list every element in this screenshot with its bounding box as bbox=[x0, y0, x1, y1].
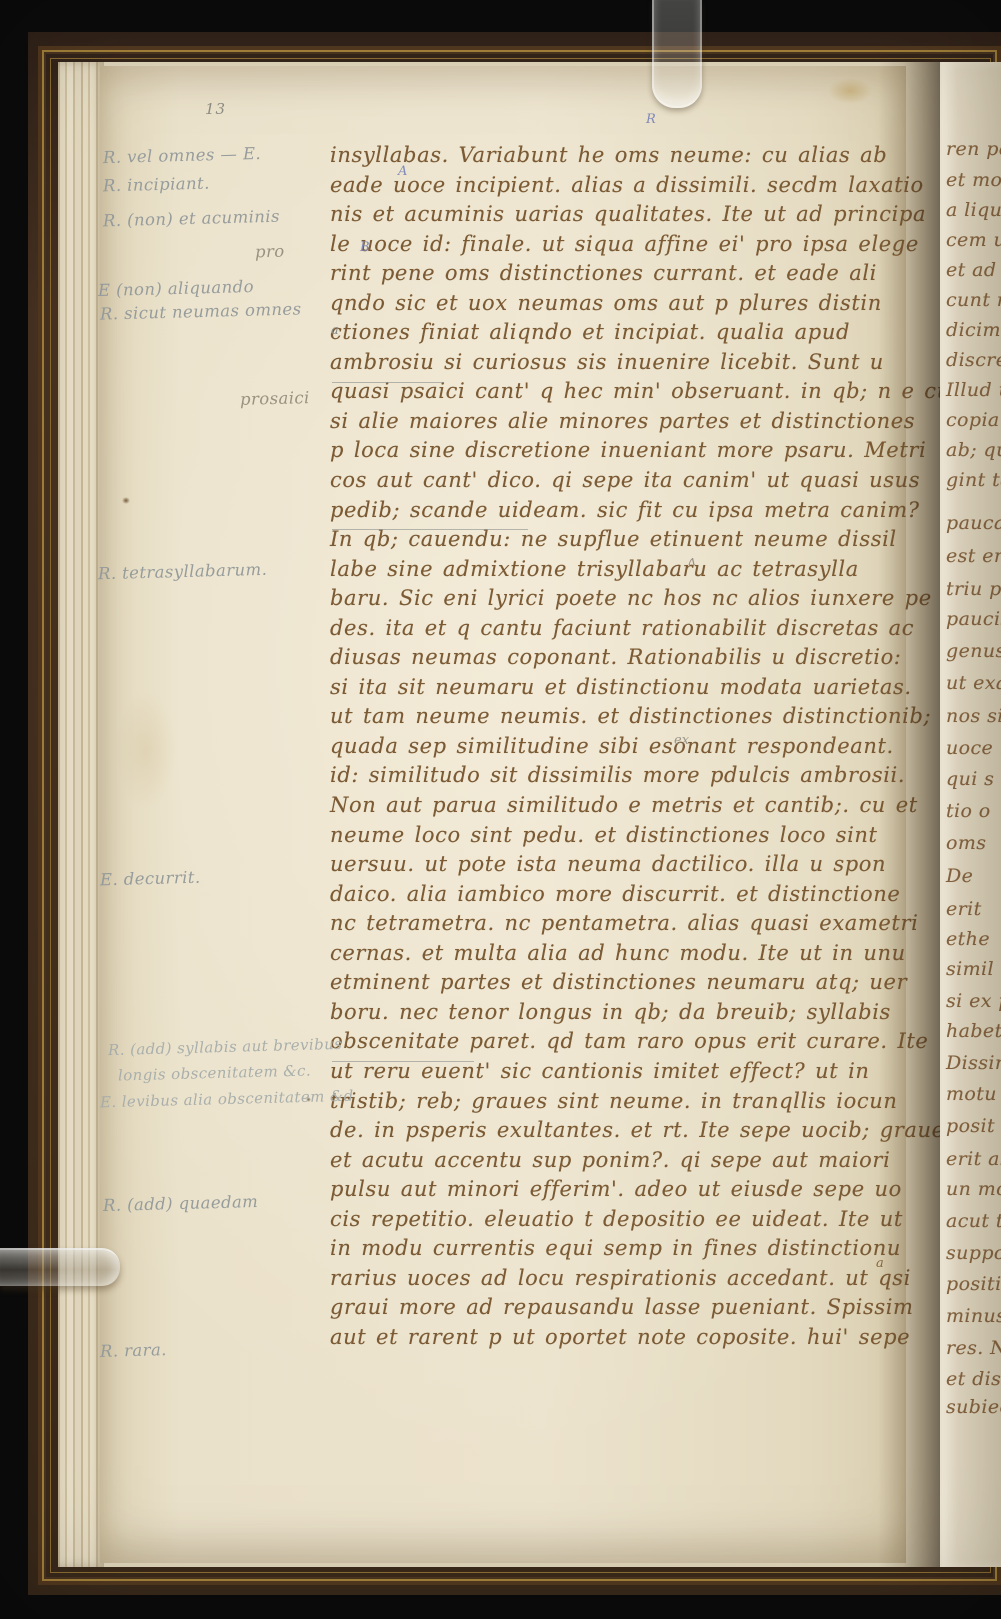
text-line: diusas neumas coponant. Rationabilis u d… bbox=[330, 643, 896, 673]
facing-text-fragment: discretio bbox=[946, 349, 1001, 371]
facing-text-fragment: subiecti bbox=[946, 1396, 1001, 1418]
text-line: si alie maiores alie minores partes et d… bbox=[330, 407, 896, 437]
text-line: qndo sic et uox neumas oms aut p plures … bbox=[330, 289, 896, 319]
facing-text-fragment: erit bbox=[946, 898, 982, 920]
facing-text-fragment: a liqui bbox=[946, 199, 1001, 221]
facing-text-fragment: Illud u n bbox=[946, 379, 1001, 401]
text-line: p loca sine discretione inueniant more p… bbox=[330, 436, 896, 466]
facing-text-fragment: minus. a bbox=[946, 1305, 1001, 1327]
facing-text-fragment: simil bbox=[946, 958, 994, 980]
facing-text-fragment: habet bbox=[946, 1020, 1001, 1042]
interlinear-mark: ʌ bbox=[688, 554, 695, 569]
facing-text-fragment: De bbox=[946, 865, 973, 887]
facing-text-fragment: uoce r bbox=[946, 737, 1001, 759]
facing-text-fragment: triu plu bbox=[946, 578, 1001, 600]
text-line: graui more ad repausandu lasse pueniant.… bbox=[330, 1293, 896, 1323]
text-line: aut et rarent p ut oportet note coposite… bbox=[330, 1323, 896, 1353]
interlinear-mark: A bbox=[398, 164, 407, 179]
facing-text-fragment: supposit bbox=[946, 1242, 1001, 1264]
facing-text-fragment: si ex p bbox=[946, 990, 1001, 1012]
facing-text-fragment: ren por bbox=[946, 138, 1001, 160]
text-line: ambrosiu si curiosus sis inuenire licebi… bbox=[330, 348, 896, 378]
text-line: baru. Sic eni lyrici poete nc hos nc ali… bbox=[330, 584, 896, 614]
text-line: daico. alia iambico more discurrit. et d… bbox=[330, 880, 896, 910]
facing-text-fragment: acut t bbox=[946, 1210, 1001, 1232]
text-line: et acutu accentu sup ponim?. qi sepe aut… bbox=[330, 1146, 896, 1176]
facing-text-fragment: oms bbox=[946, 832, 986, 854]
page-weight-rod-bottom bbox=[0, 1248, 120, 1286]
interlinear-mark: a bbox=[331, 323, 339, 338]
facing-text-fragment: ab; quo bbox=[946, 439, 1001, 461]
pencil-underline bbox=[332, 1061, 474, 1062]
text-line: labe sine admixtione trisyllabaru ac tet… bbox=[330, 555, 896, 585]
text-line: des. ita et q cantu faciunt rationabilit… bbox=[330, 614, 896, 644]
gutter-fold-shadow bbox=[878, 62, 940, 1567]
facing-text-fragment: et moe bbox=[946, 169, 1001, 191]
text-line: si ita sit neumaru et distinctionu modat… bbox=[330, 673, 896, 703]
text-line: eade uoce incipient. alias a dissimili. … bbox=[330, 171, 896, 201]
text-line: rarius uoces ad locu respirationis acced… bbox=[330, 1264, 896, 1294]
interlinear-mark: R bbox=[646, 112, 656, 127]
text-line: Non aut parua similitudo e metris et can… bbox=[330, 791, 896, 821]
text-line: in modu currentis equi semp in fines dis… bbox=[330, 1234, 896, 1264]
margin-note: R. (add) quaedam bbox=[103, 1192, 259, 1215]
facing-text-fragment: un mot bbox=[946, 1178, 1001, 1200]
facing-text-fragment: pauca la bbox=[946, 512, 1001, 534]
text-line: nis et acuminis uarias qualitates. Ite u… bbox=[330, 200, 896, 230]
interlinear-mark: ex bbox=[674, 733, 689, 748]
text-line: uersuu. ut pote ista neuma dactilico. il… bbox=[330, 850, 896, 880]
text-line: neume loco sint pedu. et distinctiones l… bbox=[330, 821, 896, 851]
facing-text-fragment: ut exa bbox=[946, 672, 1001, 694]
facing-text-fragment: nos si bbox=[946, 705, 1001, 727]
facing-text-fragment: dicim n bbox=[946, 319, 1001, 341]
text-line: insyllabas. Variabunt he oms neume: cu a… bbox=[330, 141, 896, 171]
pencil-underline bbox=[332, 529, 528, 530]
margin-note: E (non) aliquando bbox=[98, 277, 254, 300]
manuscript-photo: 13 insyllabas. Variabunt he oms neume: c… bbox=[0, 0, 1001, 1619]
facing-text-fragment: res. Neu bbox=[946, 1337, 1001, 1359]
facing-text-fragment: Dissim bbox=[946, 1052, 1001, 1074]
facing-text-fragment: copia t bbox=[946, 409, 1001, 431]
text-line: tristib; reb; graues sint neume. in tran… bbox=[330, 1087, 896, 1117]
facing-text-fragment: cunt nil bbox=[946, 289, 1001, 311]
facing-text-fragment: est eni bbox=[946, 545, 1001, 567]
facing-text-fragment: et ad t bbox=[946, 259, 1001, 281]
text-line: cernas. et multa alia ad hunc modu. Ite … bbox=[330, 939, 896, 969]
text-line: cis repetitio. eleuatio t depositio ee u… bbox=[330, 1205, 896, 1235]
text-line: ctiones finiat aliqndo et incipiat. qual… bbox=[330, 318, 896, 348]
text-line: pulsu aut minori efferim'. adeo ut eiusd… bbox=[330, 1175, 896, 1205]
facing-text-fragment: positio bbox=[946, 1273, 1001, 1295]
facing-text-fragment: motu bbox=[946, 1083, 997, 1105]
text-line: pedib; scande uideam. sic fit cu ipsa me… bbox=[330, 496, 896, 526]
text-line: rint pene oms distinctiones currant. et … bbox=[330, 259, 896, 289]
page-weight-strip-top bbox=[652, 0, 702, 108]
text-line: obscenitate paret. qd tam raro opus erit… bbox=[330, 1027, 896, 1057]
margin-note: R. incipiant. bbox=[103, 174, 210, 196]
facing-text-fragment: cem uo bbox=[946, 229, 1001, 251]
facing-text-fragment: paucis bbox=[946, 608, 1001, 630]
facing-text-fragment: erit ala bbox=[946, 1148, 1001, 1170]
text-line: cos aut cant' dico. qi sepe ita canim' u… bbox=[330, 466, 896, 496]
facing-text-fragment: gint ta bbox=[946, 469, 1001, 491]
margin-note: E. decurrit. bbox=[100, 868, 201, 890]
facing-text-fragment: posit t bbox=[946, 1115, 1001, 1137]
facing-text-fragment: tio o bbox=[946, 800, 991, 822]
margin-note: pro bbox=[255, 242, 285, 262]
text-line: ut tam neume neumis. et distinctiones di… bbox=[330, 702, 896, 732]
margin-note: R. rara. bbox=[100, 1340, 167, 1361]
interlinear-mark: B bbox=[360, 240, 370, 255]
text-line: de. in psperis exultantes. et rt. Ite se… bbox=[330, 1116, 896, 1146]
facing-text-fragment: qui s bbox=[946, 768, 994, 790]
text-line: quada sep similitudine sibi esonant resp… bbox=[330, 732, 896, 762]
facing-text-fragment: et dist bbox=[946, 1368, 1001, 1390]
text-line: nc tetrametra. nc pentametra. alias quas… bbox=[330, 909, 896, 939]
main-text-block: insyllabas. Variabunt he oms neume: cu a… bbox=[330, 141, 896, 1352]
text-line: id: similitudo sit dissimilis more pdulc… bbox=[330, 761, 896, 791]
margin-note: prosaici bbox=[240, 388, 310, 409]
text-line: etminent partes et distinctiones neumaru… bbox=[330, 968, 896, 998]
text-line: boru. nec tenor longus in qb; da breuib;… bbox=[330, 998, 896, 1028]
folio-number: 13 bbox=[205, 100, 226, 118]
text-line: le uoce id: finale. ut siqua affine ei' … bbox=[330, 230, 896, 260]
facing-text-fragment: genus i bbox=[946, 640, 1001, 662]
pencil-underline bbox=[332, 382, 444, 383]
facing-text-fragment: ethe bbox=[946, 928, 990, 950]
